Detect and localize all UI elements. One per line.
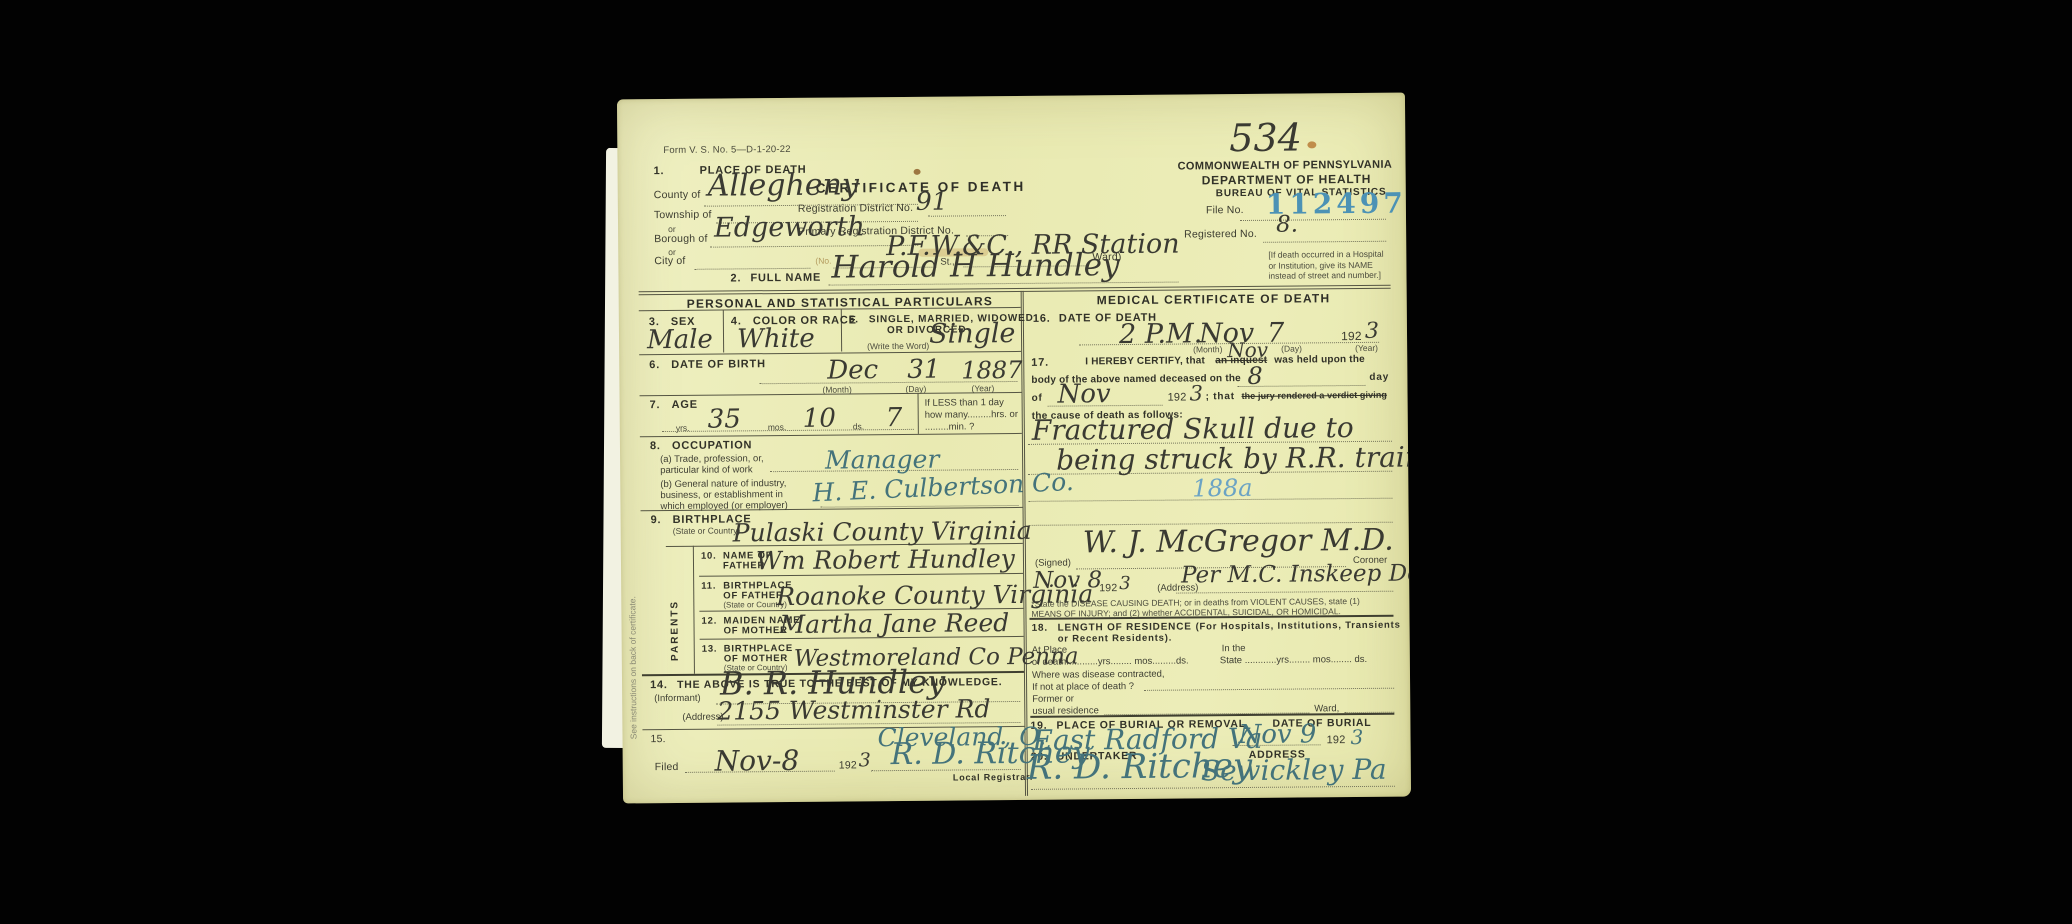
dod-year-digit: 3 — [1365, 319, 1379, 344]
certify-line2b: day — [1369, 372, 1389, 383]
informant-label: (Informant) — [654, 693, 701, 704]
certify-line3a: of — [1032, 393, 1043, 404]
mother-maiden-value: Martha Jane Reed — [779, 608, 1009, 639]
death-certificate-document: See instructions on back of certificate.… — [617, 93, 1411, 804]
race-value: White — [737, 324, 815, 355]
age-less-note-2: how many.........hrs. or — [925, 409, 1018, 421]
former-label: Former or — [1032, 693, 1074, 704]
father-name-value: Wm Robert Hundley — [756, 544, 1015, 575]
occupation-label: OCCUPATION — [672, 439, 752, 452]
rule — [693, 546, 695, 674]
attest-number: 14. — [650, 679, 668, 691]
case-number-handwritten: 534 — [1229, 115, 1302, 160]
rule — [1344, 711, 1394, 713]
commonwealth-line: COMMONWEALTH OF PENNSYLVANIA — [1177, 159, 1392, 173]
father-number: 10. — [701, 551, 717, 562]
borough-value: Edgeworth — [714, 211, 865, 243]
certify-year-digit: 3 — [1189, 381, 1203, 405]
full-name-label: FULL NAME — [750, 272, 821, 285]
marital-number: 5. — [849, 314, 859, 325]
marital-hint: (Write the Word) — [867, 341, 929, 352]
dod-time-value: 2 P.M. — [1119, 318, 1203, 350]
dob-number: 6. — [649, 359, 660, 371]
age-mos-value: 10 — [803, 404, 836, 434]
registered-no-value: 8. — [1276, 212, 1298, 238]
parents-vertical-label: PARENTS — [669, 600, 681, 661]
in-the-label: In the — [1222, 643, 1246, 654]
age-number: 7. — [650, 399, 661, 411]
street-no-hint: (No. — [815, 256, 831, 266]
birthplace-hint: (State or Country) — [673, 525, 741, 536]
age-less-note-3: .........min. ? — [925, 421, 975, 432]
filed-label: Filed — [655, 761, 679, 773]
mother-maiden-number: 12. — [701, 616, 717, 627]
dod-day-value: 7 — [1267, 318, 1284, 349]
ward-label-2: Ward, — [1314, 703, 1339, 714]
dob-day-hint: (Day) — [905, 384, 926, 394]
township-label: Township of — [654, 209, 712, 222]
dob-month-hint: (Month) — [822, 384, 851, 394]
certify-line3b: ; that — [1206, 391, 1235, 402]
borough-label: Borough of — [654, 233, 707, 245]
informant-address-value: 2155 Westminster Rd — [717, 694, 990, 725]
certify-line1c: was held upon the — [1274, 354, 1365, 366]
registered-no-label: Registered No. — [1184, 228, 1257, 241]
disease-contracted-label: Where was disease contracted, — [1032, 669, 1165, 681]
birthplace-number: 9. — [651, 514, 662, 526]
usual-residence-label: usual residence — [1032, 705, 1099, 717]
deputy-signature: Per M.C. Inskeep Deputy — [1181, 560, 1411, 589]
filed-year-printed: 192 — [839, 759, 857, 771]
rule — [662, 428, 914, 432]
certify-struck-clause: the jury rendered a verdict giving — [1242, 390, 1388, 401]
dob-month-value: Dec — [827, 355, 878, 385]
rule — [1144, 687, 1394, 691]
certify-year-printed: 192 — [1168, 391, 1187, 403]
age-label: AGE — [672, 399, 698, 411]
certify-day-value: 8 — [1247, 362, 1263, 390]
undertaker-address-value: Sewickley Pa — [1201, 753, 1387, 788]
birthplace-value: Pulaski County Virginia — [733, 516, 1032, 548]
certify-line1a: I HEREBY CERTIFY, that — [1085, 355, 1205, 367]
scan-background: See instructions on back of certificate.… — [0, 0, 2072, 924]
mother-maiden-label-2: OF MOTHER — [724, 625, 788, 637]
department-line: DEPARTMENT OF HEALTH — [1202, 172, 1372, 187]
state-line: State ............yrs........ mos.......… — [1220, 654, 1367, 666]
occupation-a-label-2: particular kind of work — [660, 464, 752, 476]
city-label: City of — [654, 255, 685, 267]
occupation-b-label-3: which employed (or employer) — [660, 500, 787, 512]
coroner-signature: W. J. McGregor M.D. — [1083, 523, 1394, 561]
occupation-a-value: Manager — [825, 445, 940, 475]
item-1-number: 1. — [654, 165, 665, 177]
medical-section-title: MEDICAL CERTIFICATE OF DEATH — [1097, 291, 1331, 307]
dod-year-hint: (Year) — [1355, 343, 1378, 353]
marital-value: Single — [929, 318, 1016, 350]
dob-year-hint: (Year) — [971, 383, 994, 393]
cause-of-death-line2: being struck by R.R. train — [1056, 440, 1411, 476]
personal-section-title: PERSONAL AND STATISTICAL PARTICULARS — [687, 294, 993, 311]
father-birthplace-number: 11. — [701, 581, 716, 592]
occupation-a-label-1: (a) Trade, profession, or, — [660, 453, 764, 465]
age-less-note-1: If LESS than 1 day — [925, 397, 1004, 409]
signed-year-digit: 3 — [1119, 573, 1131, 594]
signed-date-value: Nov 8 — [1033, 567, 1102, 594]
rule — [1263, 240, 1386, 243]
rule — [918, 393, 919, 434]
residence-number: 18. — [1032, 623, 1048, 634]
filed-date-value: Nov-8 — [715, 744, 800, 778]
certify-number: 17. — [1031, 357, 1049, 369]
rule — [694, 267, 810, 270]
margin-note: See instructions on back of certificate. — [627, 596, 638, 739]
dob-year-value: 1887 — [961, 356, 1022, 385]
cause-code-pencil: 188a — [1192, 474, 1252, 503]
rule — [1176, 590, 1393, 594]
hospital-note: [If death occurred in a Hospital or Inst… — [1268, 249, 1388, 282]
stain — [914, 169, 921, 175]
rule — [723, 311, 724, 353]
dob-label: DATE OF BIRTH — [671, 358, 766, 371]
filed-year-digit: 3 — [859, 749, 871, 771]
burial-year-printed: 192 — [1327, 734, 1346, 746]
full-name-value: Harold H Hundley — [831, 247, 1119, 286]
registration-district-value: 91 — [916, 187, 948, 216]
sex-value: Male — [647, 325, 713, 356]
certify-month-value: Nov — [1057, 379, 1110, 409]
county-label: County of — [654, 189, 701, 201]
form-number: Form V. S. No. 5—D-1-20-22 — [663, 144, 790, 156]
dob-day-value: 31 — [907, 355, 940, 385]
item-2-number: 2. — [730, 272, 741, 284]
local-registrar-label: Local Registrar. — [953, 772, 1033, 783]
county-value: Allegheny — [708, 167, 859, 203]
item-15-number: 15. — [650, 733, 665, 745]
age-ds-value: 7 — [886, 403, 903, 433]
stain — [1307, 141, 1316, 148]
file-no-label: File No. — [1206, 204, 1244, 216]
age-yrs-value: 35 — [708, 404, 741, 434]
mother-birthplace-number: 13. — [702, 644, 718, 655]
dod-month-overwrite: Nov — [1227, 338, 1268, 362]
occupation-number: 8. — [650, 440, 661, 452]
if-not-label: If not at place of death ? — [1032, 681, 1134, 693]
residence-sublabel-1: (For Hospitals, Institutions, Transients — [1196, 620, 1401, 633]
burial-year-digit: 3 — [1350, 725, 1363, 749]
dod-number: 16. — [1033, 313, 1051, 325]
